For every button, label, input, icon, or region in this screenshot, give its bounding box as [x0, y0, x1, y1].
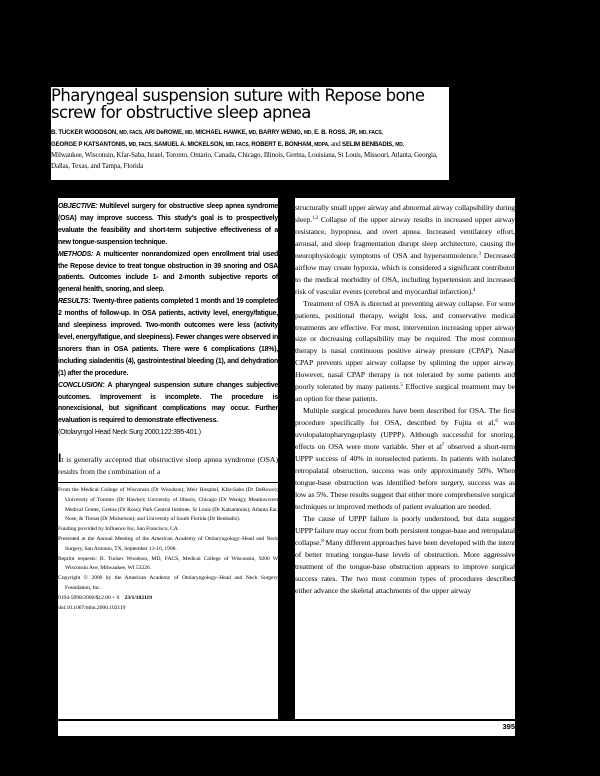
- footnote-issn: 0194-5998/2000/$12.00 + 0 23/1/102119: [58, 594, 278, 604]
- abstract-methods: METHODS: A multicenter nonrandomized ope…: [58, 249, 278, 297]
- author-name: ROBERT E. BONHAM,: [251, 141, 312, 148]
- intro-paragraph: It is generally accepted that obstructiv…: [58, 453, 278, 478]
- author-degrees: MD, FACS,: [359, 130, 383, 136]
- abstract: OBJECTIVE: Multilevel surgery for obstru…: [58, 201, 278, 439]
- author-degrees: MD,: [248, 130, 257, 136]
- body-text-span: Multiple surgical procedures have been d…: [295, 406, 515, 427]
- author-name: ARI DeROWE,: [145, 129, 184, 136]
- author-name: B. TUCKER WOODSON,: [51, 129, 118, 136]
- reference-superscript[interactable]: 4: [473, 288, 475, 293]
- author-locations: Milwaukee, Wisconsin, Kfar-Saba, Israel,…: [51, 150, 449, 171]
- results-label: RESULTS:: [58, 298, 90, 305]
- body-paragraph: structurally small upper airway and abno…: [295, 202, 515, 298]
- body-text-span: Many different approaches have been deve…: [295, 538, 515, 595]
- body-text-span: observed a short-term UPPP success of 40…: [295, 442, 515, 511]
- issn: 0194-5998/2000/$12.00 + 0: [58, 595, 119, 601]
- article-code: 23/1/102119: [125, 595, 152, 601]
- page-footer: 395: [58, 721, 515, 736]
- author-degrees: MDPA,: [314, 142, 329, 148]
- author-degrees: MD, FACS,: [129, 142, 153, 148]
- author-name: SAMUEL A. MICKELSON,: [154, 141, 224, 148]
- footnote-funding: Funding provided by Influence Inc, San F…: [58, 525, 278, 535]
- intro-text: t is generally accepted that obstructive…: [58, 455, 278, 476]
- article-title: Pharyngeal suspension suture with Repose…: [51, 87, 449, 121]
- footnote-doi[interactable]: doi:10.1067/mhn.2000.102119: [58, 604, 278, 614]
- footnote-affiliations: From the Medical College of Wisconsin (D…: [58, 486, 278, 525]
- results-text: Twenty-three patients completed 1 month …: [58, 298, 278, 376]
- author-name: SELIM BENBADIS,: [342, 141, 394, 148]
- abstract-conclusion: CONCLUSION: A pharyngeal suspension sutu…: [58, 380, 278, 428]
- title-block: Pharyngeal suspension suture with Repose…: [51, 87, 449, 180]
- body-paragraph: Treatment of OSA is directed at preventi…: [295, 298, 515, 406]
- footnotes: From the Medical College of Wisconsin (D…: [58, 486, 278, 613]
- footnote-reprint: Reprint requests: B. Tucker Woodson, MD,…: [58, 555, 278, 575]
- body-text: structurally small upper airway and abno…: [295, 202, 515, 596]
- author-degrees: MD,: [304, 130, 313, 136]
- author-name: BARRY WENIG,: [259, 129, 303, 136]
- methods-label: METHODS:: [58, 251, 93, 258]
- author-name: GEORGE P KATSANTONIS,: [51, 141, 127, 148]
- objective-label: OBJECTIVE:: [58, 203, 97, 210]
- conclusion-label: CONCLUSION:: [58, 382, 104, 389]
- journal-citation: (Otolaryngol Head Neck Surg 2000;122:395…: [58, 427, 278, 439]
- author-list: B. TUCKER WOODSON, MD, FACS, ARI DeROWE,…: [51, 128, 449, 150]
- abstract-objective: OBJECTIVE: Multilevel surgery for obstru…: [58, 201, 278, 249]
- page-number: 395: [502, 721, 515, 732]
- author-degrees: MD,: [185, 130, 194, 136]
- right-column: structurally small upper airway and abno…: [295, 198, 515, 719]
- author-name: E. B. ROSS, JR,: [314, 129, 357, 136]
- body-paragraph: The cause of UPPP failure is poorly unde…: [295, 513, 515, 597]
- author-degrees: MD, FACS,: [119, 130, 143, 136]
- author-degrees: MD,: [395, 142, 404, 148]
- and-word: and: [331, 140, 341, 148]
- author-name: MICHAEL HAWKE,: [195, 129, 247, 136]
- body-paragraph: Multiple surgical procedures have been d…: [295, 405, 515, 513]
- body-text-span: Treatment of OSA is directed at preventi…: [295, 299, 515, 392]
- footnote-divider: [58, 482, 278, 483]
- abstract-results: RESULTS: Twenty-three patients completed…: [58, 296, 278, 379]
- left-column: OBJECTIVE: Multilevel surgery for obstru…: [58, 198, 278, 719]
- footnote-presented: Presented at the Annual Meeting of the A…: [58, 535, 278, 555]
- footnote-copyright: Copyright © 2000 by the American Academy…: [58, 574, 278, 594]
- author-degrees: MD, FACS,: [226, 142, 250, 148]
